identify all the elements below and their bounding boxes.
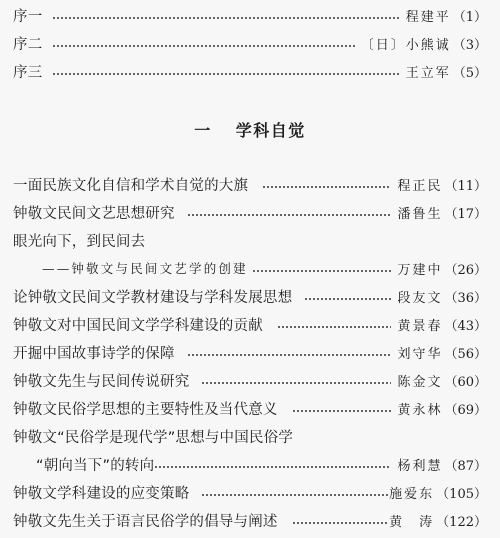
leader-dots	[252, 270, 392, 272]
leader-dots	[52, 17, 399, 19]
entry-page: （60）	[444, 371, 487, 390]
entry-author: 程正民	[397, 175, 442, 194]
entry-subtitle: ——钟敬文与民间文艺学的创建	[42, 259, 248, 277]
entry-title: 序一	[13, 5, 42, 26]
toc-entry[interactable]: 论钟敬文民间文学教材建设与学科发展思想 段友文 （36）	[0, 285, 500, 307]
entry-author: 黄永林	[397, 399, 442, 418]
leader-dots	[292, 410, 392, 412]
entry-title: 序二	[13, 33, 42, 54]
entry-title: 钟敬文先生与民间传说研究	[13, 370, 189, 391]
entry-author: 潘鲁生	[397, 203, 442, 222]
toc-entry-heading[interactable]: 眼光向下，到民间去	[0, 229, 500, 251]
toc-entry-preface-3[interactable]: 序三 王立军 （5）	[0, 60, 500, 82]
entry-page: （3）	[453, 34, 487, 53]
entry-author: 王立军	[406, 62, 451, 81]
entry-author: 程建平	[406, 6, 451, 25]
entry-title: 钟敬文民间文艺思想研究	[13, 202, 175, 223]
entry-title: 钟敬文对中国民间文学学科建设的贡献	[13, 314, 263, 335]
entry-author: 黄 涛	[389, 511, 434, 530]
entry-page: （17）	[444, 203, 487, 222]
entry-title: 钟敬文民俗学思想的主要特性及当代意义	[13, 398, 278, 419]
section-title: 学科自觉	[236, 121, 306, 140]
leader-dots	[52, 45, 354, 47]
toc-entry-subtitle[interactable]: ——钟敬文与民间文艺学的创建 万建中 （26）	[0, 257, 500, 279]
entry-author: 陈金文	[397, 371, 442, 390]
entry-author: 刘守华	[397, 343, 442, 362]
entry-page: （87）	[444, 455, 487, 474]
entry-author: 施爱东	[389, 483, 434, 502]
entry-title: 钟敬文先生关于语言民俗学的倡导与阐述	[13, 510, 278, 531]
entry-title: 序三	[13, 61, 42, 82]
toc-entry-subtitle[interactable]: “朝向当下”的转向 杨利慧 （87）	[0, 453, 500, 475]
section-number: 一	[194, 121, 212, 140]
toc-entry[interactable]: 一面民族文化自信和学术自觉的大旗 程正民 （11）	[0, 173, 500, 195]
toc-entry[interactable]: 钟敬文学科建设的应变策略 施爱东 （105）	[0, 481, 500, 503]
toc-entry[interactable]: 钟敬文民间文艺思想研究 潘鲁生 （17）	[0, 201, 500, 223]
leader-dots	[304, 298, 391, 300]
entry-title: 眼光向下，到民间去	[13, 230, 145, 251]
entry-title: 钟敬文学科建设的应变策略	[13, 482, 189, 503]
entry-page: （1）	[453, 6, 487, 25]
section-heading: 一学科自觉	[0, 118, 500, 141]
leader-dots	[201, 494, 389, 496]
entry-page: （105）	[436, 483, 487, 502]
toc-entry[interactable]: 钟敬文对中国民间文学学科建设的贡献 黄景春 （43）	[0, 313, 500, 335]
toc-entry[interactable]: 钟敬文先生关于语言民俗学的倡导与阐述 黄 涛 （122）	[0, 509, 500, 531]
entry-page: （26）	[444, 259, 487, 278]
entry-page: （56）	[444, 343, 487, 362]
entry-author: 〔日〕小熊诚	[361, 34, 451, 53]
leader-dots	[154, 466, 391, 468]
leader-dots	[201, 382, 391, 384]
leader-dots	[262, 186, 391, 188]
leader-dots	[52, 73, 399, 75]
entry-title: 一面民族文化自信和学术自觉的大旗	[13, 174, 248, 195]
toc-entry-preface-2[interactable]: 序二 〔日〕小熊诚 （3）	[0, 32, 500, 54]
entry-author: 黄景春	[397, 315, 442, 334]
toc-entry[interactable]: 钟敬文民俗学思想的主要特性及当代意义 黄永林 （69）	[0, 397, 500, 419]
entry-page: （36）	[444, 287, 487, 306]
entry-author: 杨利慧	[397, 455, 442, 474]
toc-entry-preface-1[interactable]: 序一 程建平 （1）	[0, 4, 500, 26]
entry-title: 论钟敬文民间文学教材建设与学科发展思想	[13, 286, 292, 307]
entry-page: （122）	[436, 511, 487, 530]
leader-dots	[187, 214, 392, 216]
entry-author: 万建中	[397, 259, 442, 278]
entry-title: 开掘中国故事诗学的保障	[13, 342, 175, 363]
leader-dots	[277, 326, 392, 328]
entry-page: （5）	[453, 62, 487, 81]
entry-author: 段友文	[397, 287, 442, 306]
leader-dots	[292, 522, 390, 524]
toc-entry[interactable]: 开掘中国故事诗学的保障 刘守华 （56）	[0, 341, 500, 363]
entry-subtitle: “朝向当下”的转向	[36, 454, 154, 475]
entry-page: （11）	[444, 175, 487, 194]
toc-entry-heading[interactable]: 钟敬文“民俗学是现代学”思想与中国民俗学	[0, 425, 500, 447]
leader-dots	[187, 354, 392, 356]
entry-page: （69）	[444, 399, 487, 418]
toc-entry[interactable]: 钟敬文先生与民间传说研究 陈金文 （60）	[0, 369, 500, 391]
entry-page: （43）	[444, 315, 487, 334]
entry-title: 钟敬文“民俗学是现代学”思想与中国民俗学	[13, 426, 293, 447]
